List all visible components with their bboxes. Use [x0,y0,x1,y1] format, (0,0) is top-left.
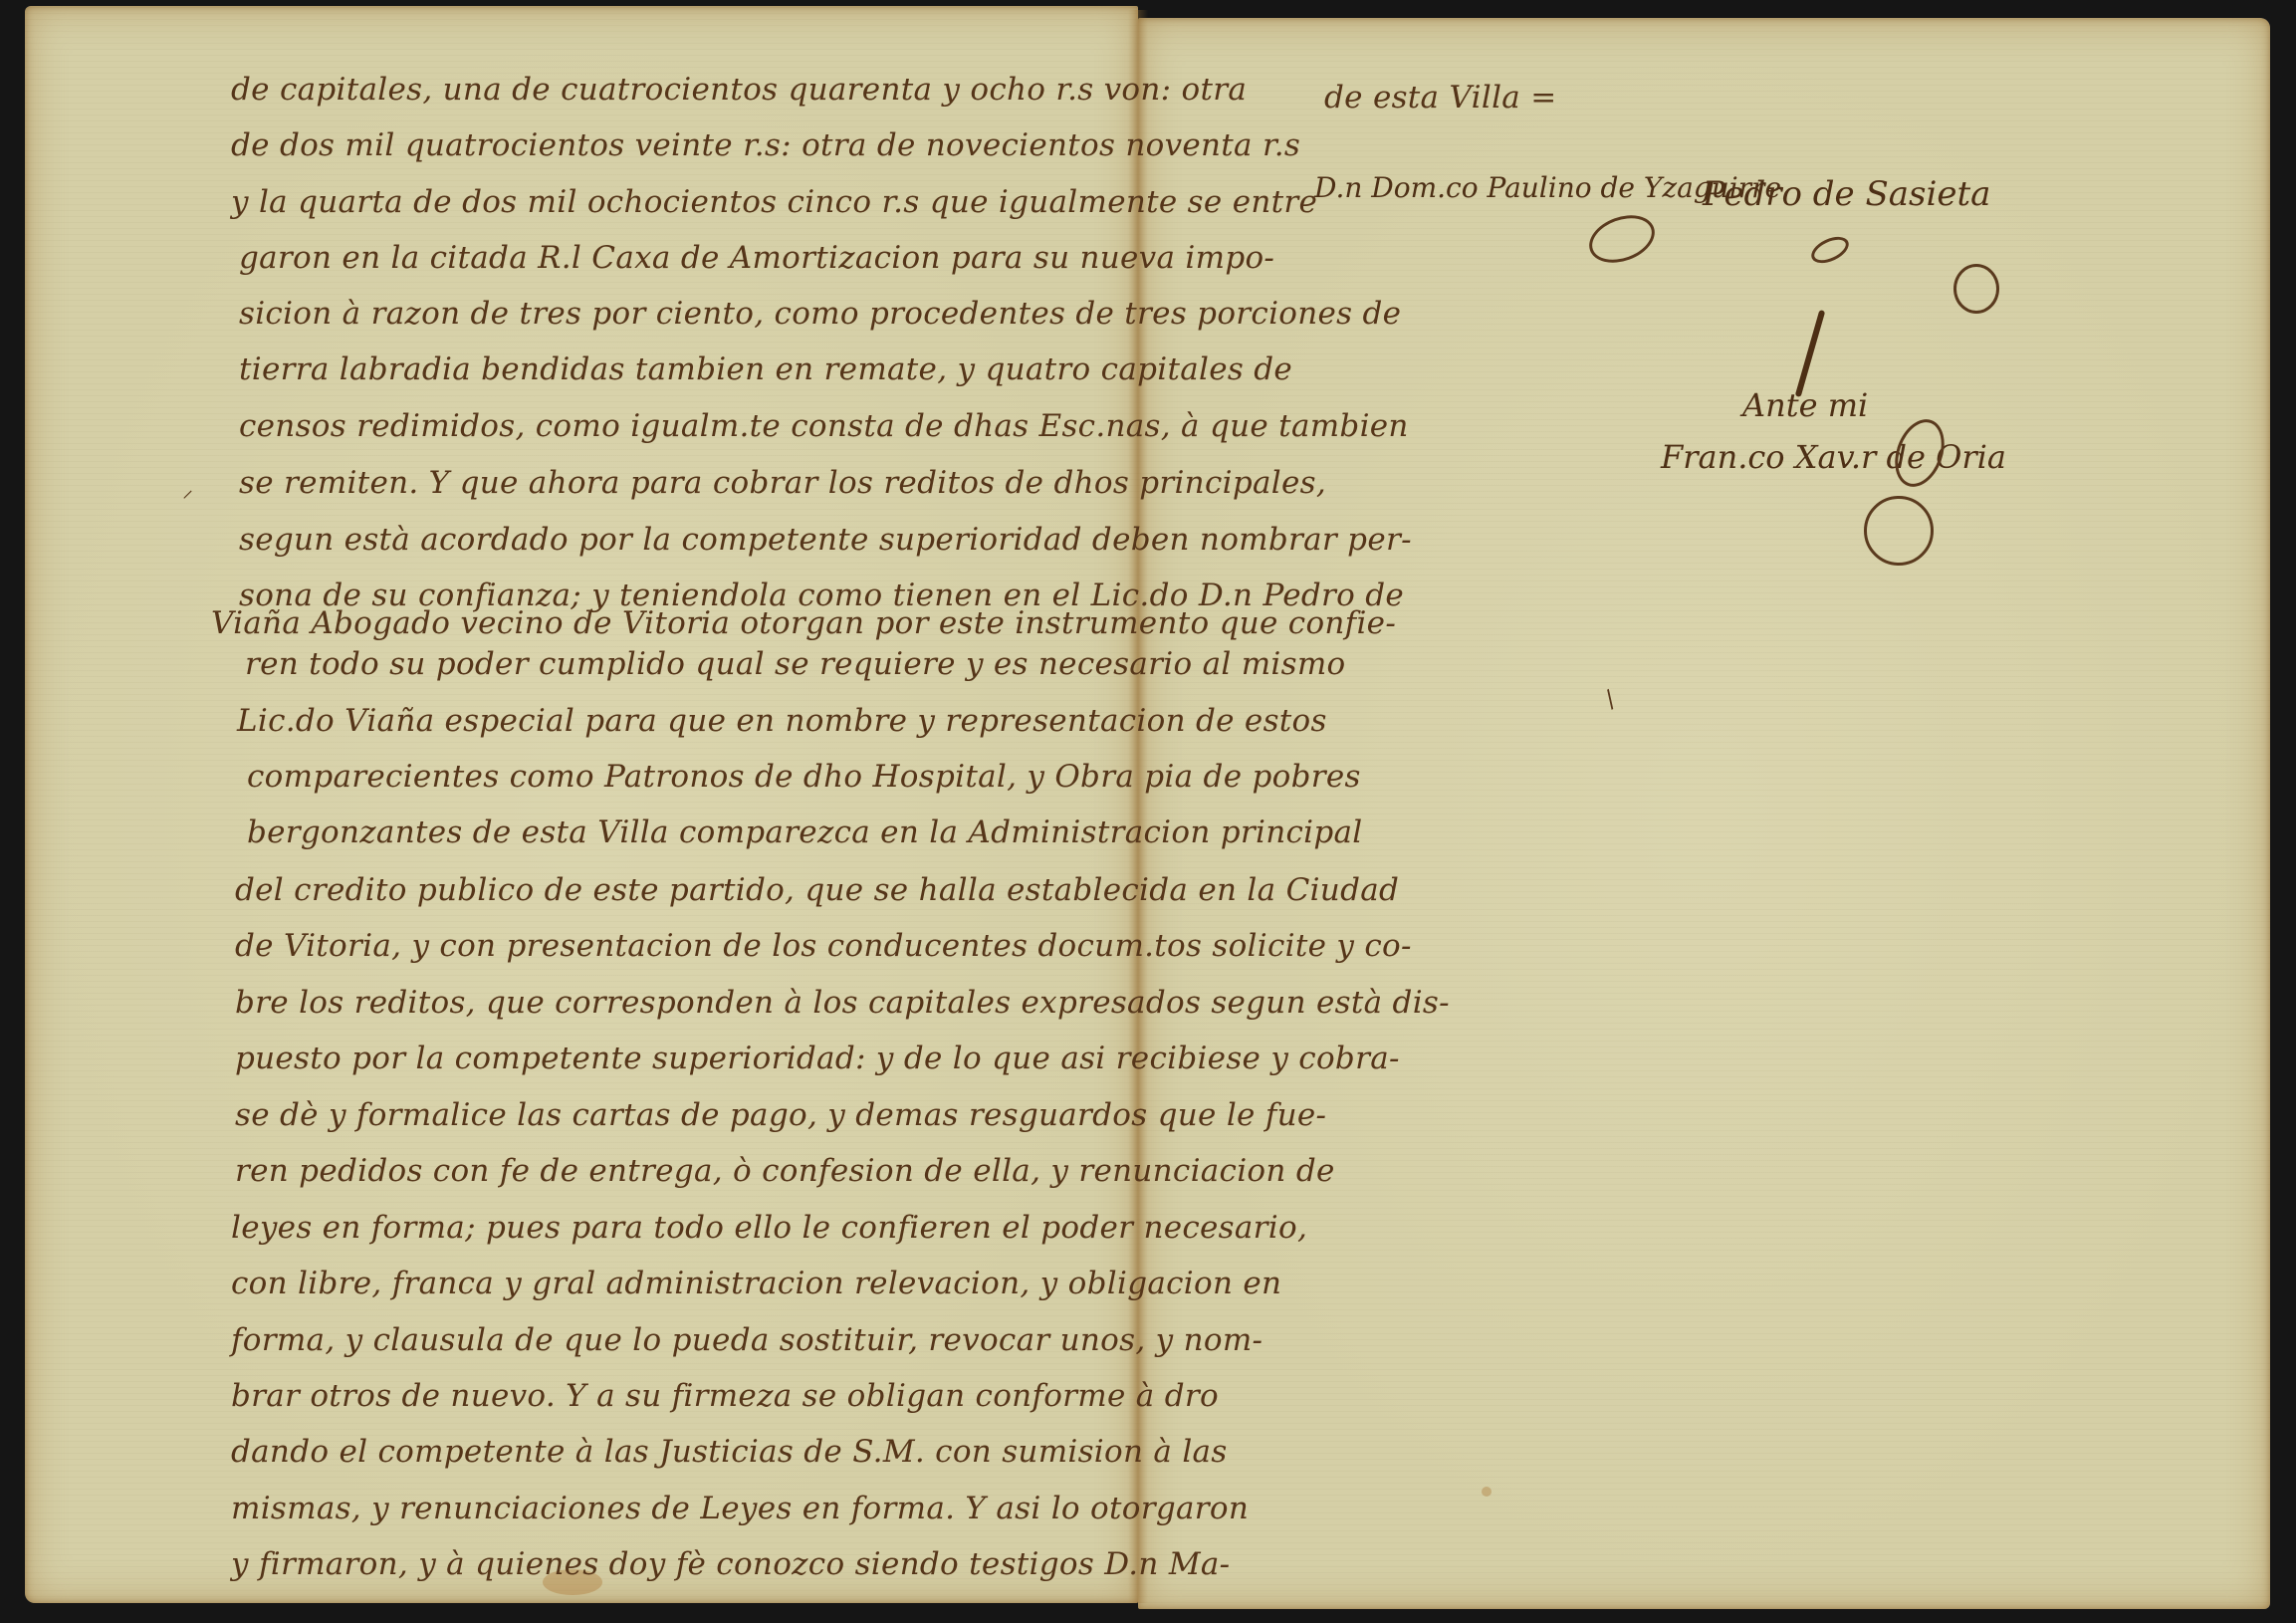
manuscript-line: ren todo su poder cumplido qual se requi… [245,646,1346,682]
manuscript-line: de capitales, una de cuatrocientos quare… [231,72,1247,108]
manuscript-line: dando el competente à las Justicias de S… [231,1434,1228,1470]
spot-stain [1482,1487,1492,1497]
manuscript-line: brar otros de nuevo. Y a su firmeza se o… [231,1378,1219,1414]
manuscript-line: forma, y clausula de que lo pueda sostit… [231,1322,1263,1358]
continuation-text: de esta Villa = [1324,80,1557,116]
stray-mark: / [1600,685,1621,713]
manuscript-line: del credito publico de este partido, que… [235,872,1399,908]
notary-ante-mi: Ante mi [1742,386,1868,424]
manuscript-line: ren pedidos con fe de entrega, ò confesi… [235,1153,1335,1189]
manuscript-line: bre los reditos, que corresponden à los … [235,985,1450,1021]
manuscript-line: bergonzantes de esta Villa comparezca en… [247,814,1363,850]
manuscript-line: se dè y formalice las cartas de pago, y … [235,1097,1326,1133]
manuscript-line: de Vitoria, y con presentacion de los co… [235,928,1412,964]
manuscript-line: y la quarta de dos mil ochocientos cinco… [231,184,1317,220]
manuscript-line: Viaña Abogado vecino de Vitoria otorgan … [211,605,1396,641]
rubric-flourish [1953,264,1999,314]
manuscript-line: censos redimidos, como igualm.te consta … [239,408,1409,444]
manuscript-line: y firmaron, y à quienes doy fè conozco s… [231,1546,1230,1582]
manuscript-line: leyes en forma; pues para todo ello le c… [231,1210,1307,1246]
manuscript-line: de dos mil quatrocientos veinte r.s: otr… [231,127,1300,163]
margin-mark: ⸝ [182,474,193,504]
signature-oria: Fran.co Xav.r de Oria [1661,438,2006,476]
manuscript-line: comparecientes como Patronos de dho Hosp… [247,759,1361,795]
manuscript-line: Lic.do Viaña especial para que en nombre… [237,703,1327,739]
manuscript-line: sicion à razon de tres por ciento, como … [239,296,1401,332]
manuscript-line: garon en la citada R.l Caxa de Amortizac… [239,240,1274,276]
manuscript-line: se remiten. Y que ahora para cobrar los … [239,465,1326,501]
manuscript-line: con libre, franca y gral administracion … [231,1266,1281,1301]
rubric-flourish [1864,496,1934,566]
manuscript-line: mismas, y renunciaciones de Leyes en for… [231,1491,1249,1526]
right-page: / [1138,18,2270,1609]
signature-sasieta: Pedro de Sasieta [1703,174,1990,214]
manuscript-line: tierra labradia bendidas tambien en rema… [239,351,1292,387]
manuscript-line: segun està acordado por la competente su… [239,522,1412,558]
manuscript-line: puesto por la competente superioridad: y… [235,1041,1400,1076]
